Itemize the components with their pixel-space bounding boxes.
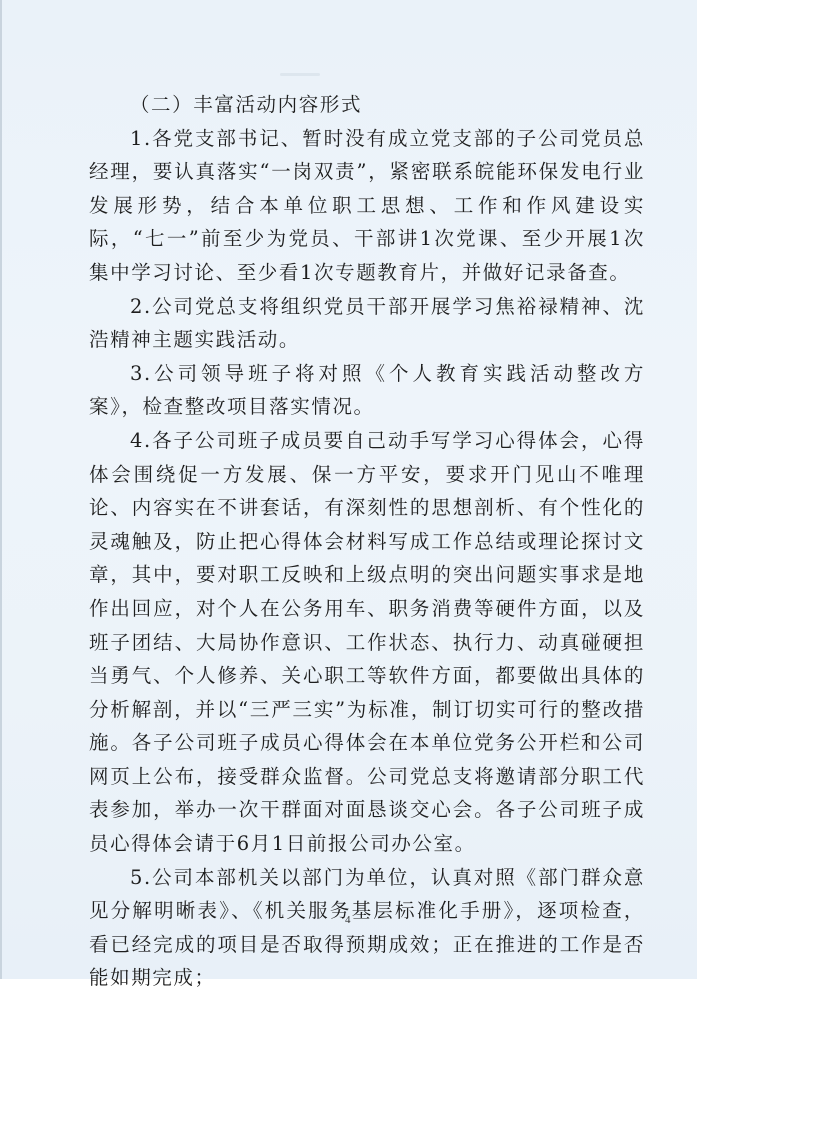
- document-body: （二）丰富活动内容形式 1.各党支部书记、暂时没有成立党支部的子公司党员总经理，…: [89, 88, 645, 995]
- section-heading: （二）丰富活动内容形式: [89, 88, 645, 122]
- scan-artifact: [280, 73, 320, 76]
- scanned-page: （二）丰富活动内容形式 1.各党支部书记、暂时没有成立党支部的子公司党员总经理，…: [0, 0, 697, 979]
- paragraph-4: 4.各子公司班子成员要自己动手写学习心得体会，心得体会围绕促一方发展、保一方平安…: [89, 424, 645, 861]
- paragraph-3: 3.公司领导班子将对照《个人教育实践活动整改方案》，检查整改项目落实情况。: [89, 357, 645, 424]
- paragraph-5: 5.公司本部机关以部门为单位，认真对照《部门群众意见分解明晰表》、《机关服务基层…: [89, 861, 645, 995]
- paragraph-1: 1.各党支部书记、暂时没有成立党支部的子公司党员总经理，要认真落实“一岗双责”，…: [89, 122, 645, 290]
- paragraph-2: 2.公司党总支将组织党员干部开展学习焦裕禄精神、沈浩精神主题实践活动。: [89, 290, 645, 357]
- page-number: 4: [345, 914, 351, 926]
